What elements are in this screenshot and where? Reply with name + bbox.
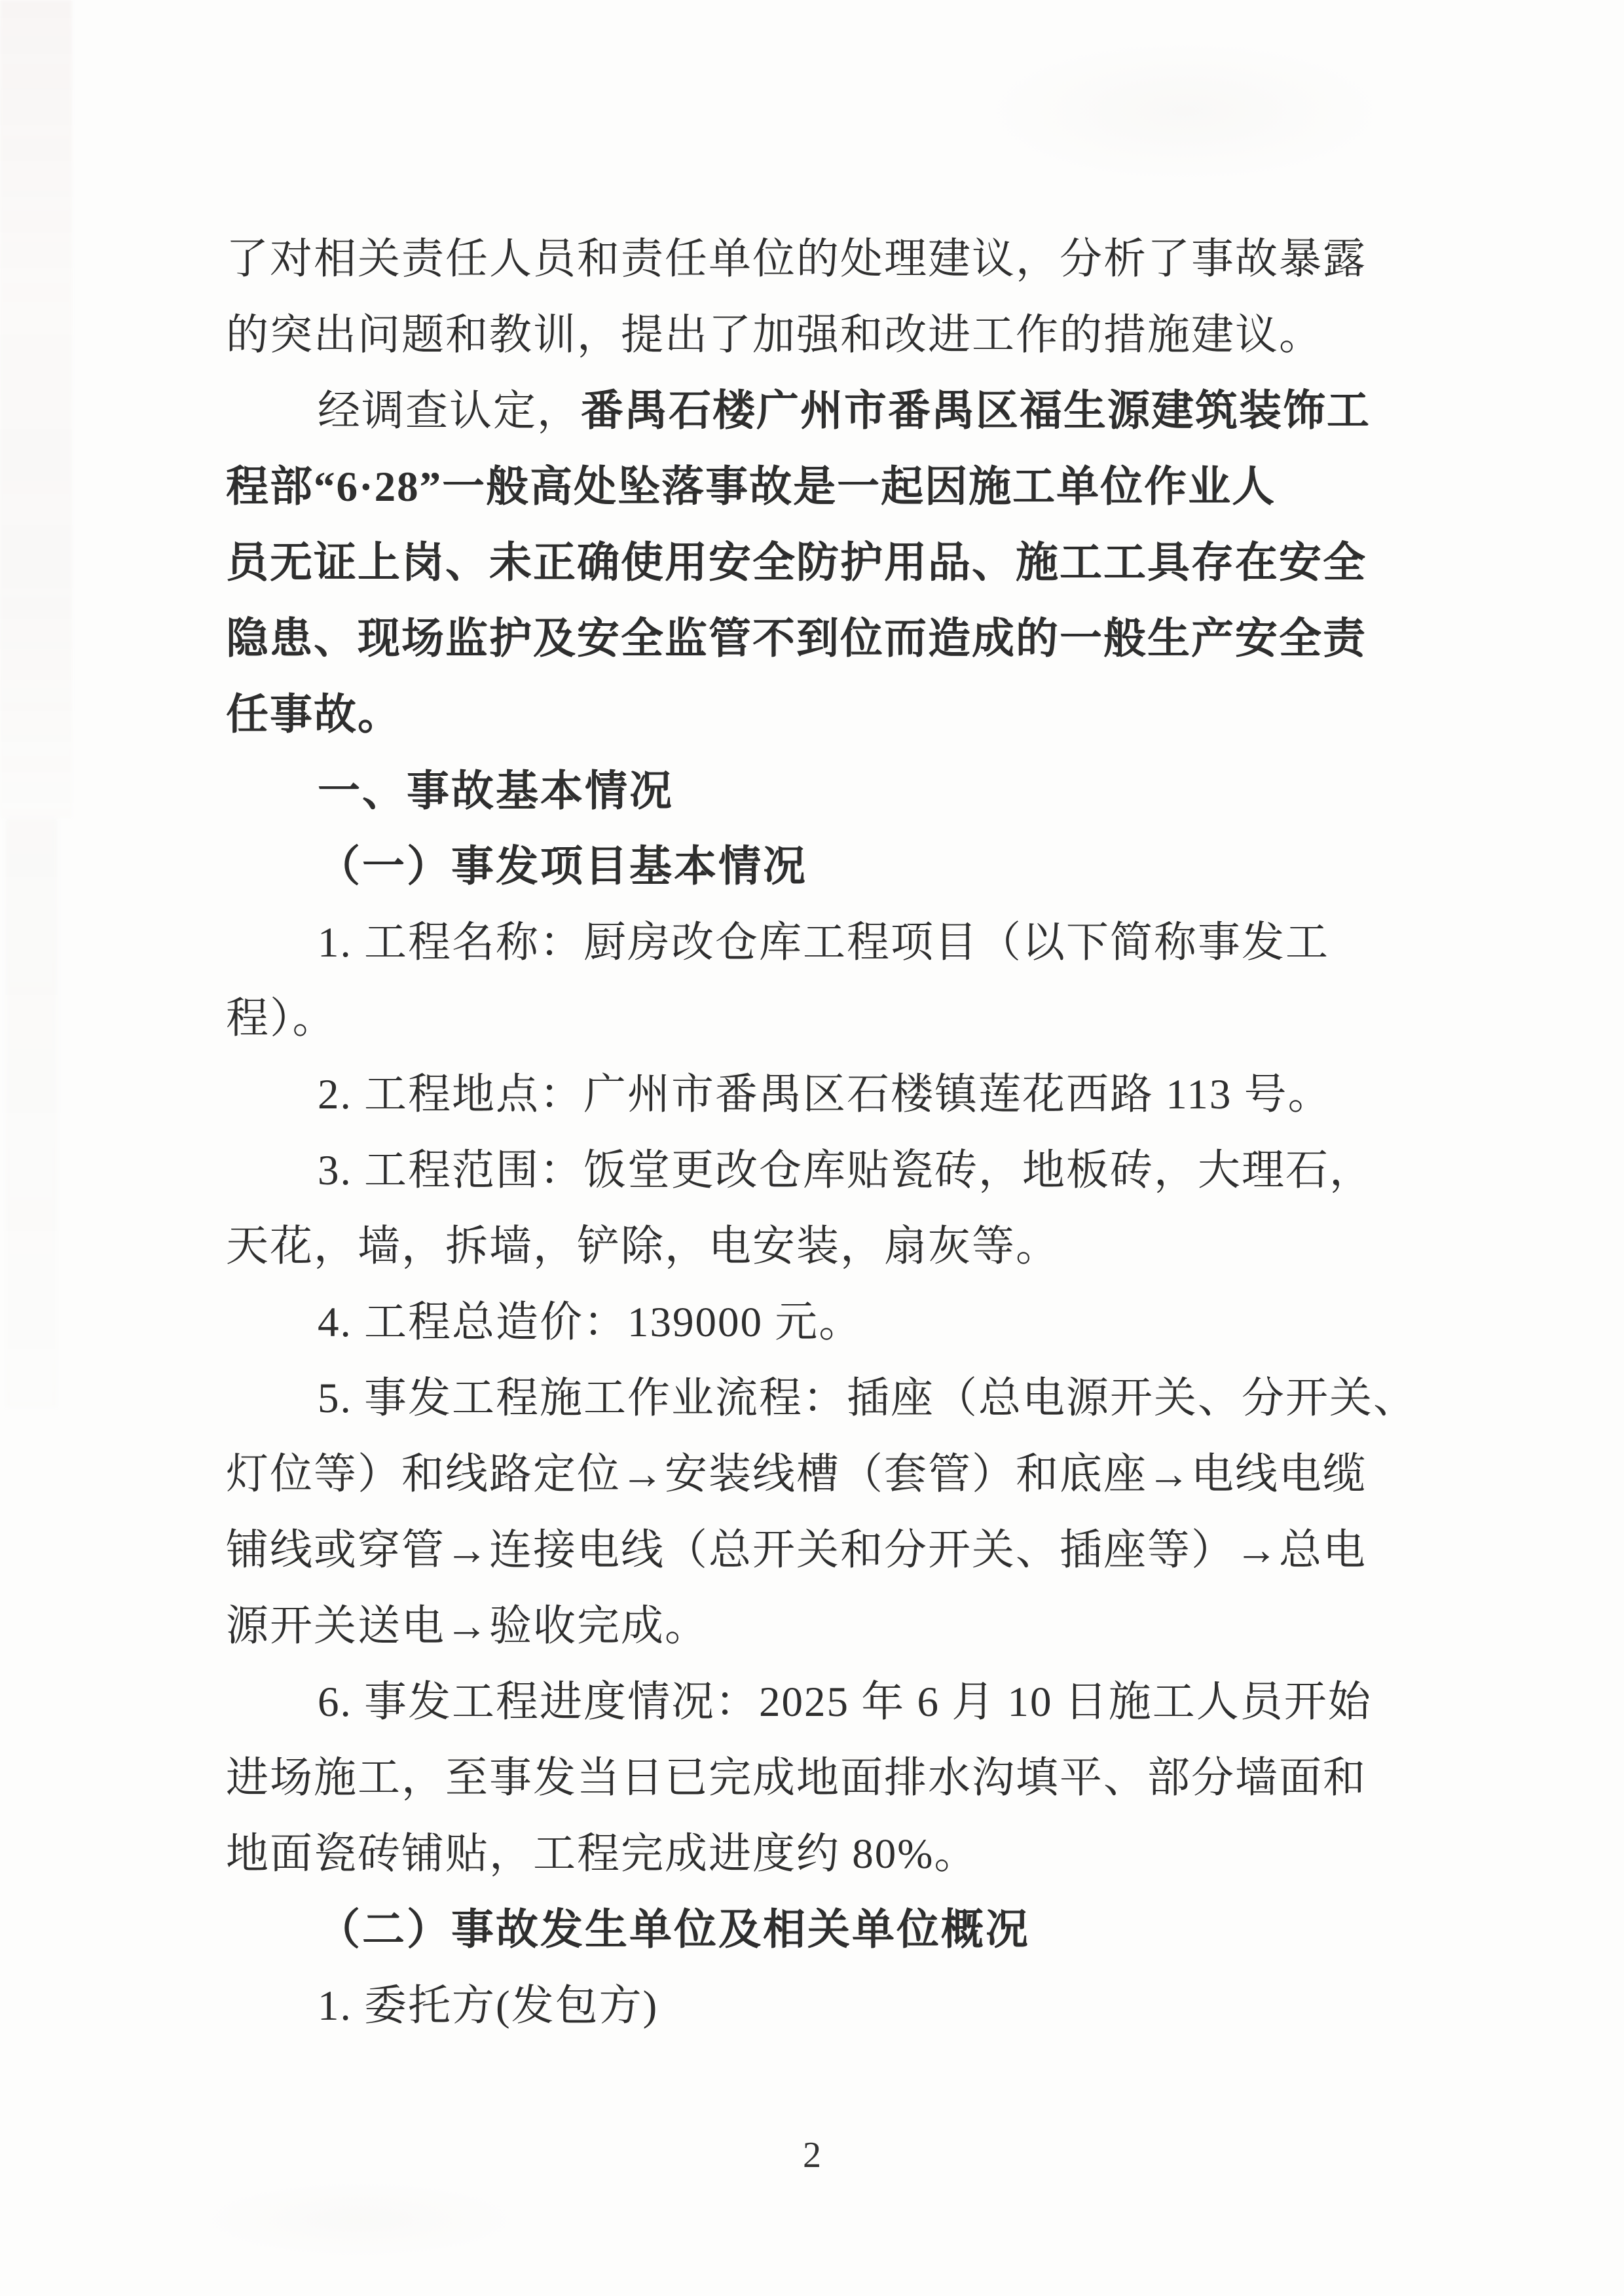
- project-cost-text: 4. 工程总造价：139000 元。: [318, 1299, 862, 1346]
- project-name-line-2: 程）。: [226, 981, 1382, 1057]
- subsection-1-1-heading: （一）事发项目基本情况: [226, 829, 1382, 905]
- client-item-line: 1. 委托方(发包方): [226, 1968, 1382, 2044]
- workflow-text-1: 5. 事发工程施工作业流程：插座（总电源开关、分开关、: [318, 1375, 1417, 1422]
- project-scope-line-1: 3. 工程范围：饭堂更改仓库贴瓷砖，地板砖，大理石，: [226, 1133, 1382, 1209]
- progress-line-2: 进场施工，至事发当日已完成地面排水沟填平、部分墙面和: [226, 1740, 1382, 1816]
- workflow-text-4: 源开关送电→验收完成。: [226, 1603, 709, 1650]
- document-text-block: 了对相关责任人员和责任单位的处理建议，分析了事故暴露 的突出问题和教训，提出了加…: [226, 221, 1382, 2044]
- progress-text-1: 6. 事发工程进度情况：2025 年 6 月 10 日施工人员开始: [318, 1679, 1372, 1726]
- workflow-line-4: 源开关送电→验收完成。: [226, 1588, 1382, 1664]
- finding-line-5-text: 任事故。: [226, 691, 401, 738]
- section-1-heading: 一、事故基本情况: [226, 753, 1382, 829]
- finding-line-3-text: 员无证上岗、未正确使用安全防护用品、施工工具存在安全: [226, 539, 1367, 587]
- finding-lead-text: 经调查认定，: [318, 388, 581, 435]
- finding-paragraph-line-2: 程部“6·28”一般高处坠落事故是一起因施工单位作业人: [226, 449, 1382, 525]
- scan-artifact-left-top: [0, 0, 72, 818]
- workflow-line-3: 铺线或穿管→连接电线（总开关和分开关、插座等）→总电: [226, 1512, 1382, 1588]
- finding-paragraph-line-3: 员无证上岗、未正确使用安全防护用品、施工工具存在安全: [226, 525, 1382, 601]
- project-scope-line-2: 天花，墙，拆墙，铲除，电安装，扇灰等。: [226, 1209, 1382, 1285]
- finding-line-2-text: 程部“6·28”一般高处坠落事故是一起因施工单位作业人: [226, 464, 1276, 511]
- project-scope-text-2: 天花，墙，拆墙，铲除，电安装，扇灰等。: [226, 1223, 1060, 1270]
- progress-line-3: 地面瓷砖铺贴，工程完成进度约 80%。: [226, 1816, 1382, 1892]
- continuation-line-1-text: 了对相关责任人员和责任单位的处理建议，分析了事故暴露: [226, 236, 1367, 283]
- finding-paragraph-line-5: 任事故。: [226, 677, 1382, 753]
- finding-line-4-text: 隐患、现场监护及安全监管不到位而造成的一般生产安全责: [226, 615, 1367, 663]
- project-location-line: 2. 工程地点：广州市番禺区石楼镇莲花西路 113 号。: [226, 1057, 1382, 1133]
- scan-artifact-left-mid: [5, 818, 58, 1408]
- subsection-1-2-heading: （二）事故发生单位及相关单位概况: [226, 1892, 1382, 1968]
- scan-artifact-top-right: [982, 39, 1388, 183]
- continuation-paragraph-line-2: 的突出问题和教训，提出了加强和改进工作的措施建议。: [226, 297, 1382, 373]
- subsection-1-1-heading-text: （一）事发项目基本情况: [318, 843, 807, 890]
- section-1-heading-text: 一、事故基本情况: [318, 767, 674, 814]
- client-item-text: 1. 委托方(发包方): [318, 1982, 658, 2030]
- progress-text-2: 进场施工，至事发当日已完成地面排水沟填平、部分墙面和: [226, 1755, 1367, 1802]
- finding-paragraph-line-1: 经调查认定，番禺石楼广州市番禺区福生源建筑装饰工: [226, 373, 1382, 449]
- progress-line-1: 6. 事发工程进度情况：2025 年 6 月 10 日施工人员开始: [226, 1664, 1382, 1740]
- workflow-line-2: 灯位等）和线路定位→安装线槽（套管）和底座→电线电缆: [226, 1436, 1382, 1512]
- page-number: 2: [0, 2129, 1624, 2181]
- scan-artifact-bottom: [196, 2180, 524, 2259]
- workflow-line-1: 5. 事发工程施工作业流程：插座（总电源开关、分开关、: [226, 1360, 1382, 1436]
- project-name-line-1: 1. 工程名称：厨房改仓库工程项目（以下简称事发工: [226, 905, 1382, 981]
- scanned-document-page: 了对相关责任人员和责任单位的处理建议，分析了事故暴露 的突出问题和教训，提出了加…: [0, 0, 1624, 2296]
- progress-text-3: 地面瓷砖铺贴，工程完成进度约 80%。: [226, 1831, 978, 1878]
- project-cost-line: 4. 工程总造价：139000 元。: [226, 1285, 1382, 1360]
- subsection-1-2-heading-text: （二）事故发生单位及相关单位概况: [318, 1906, 1030, 1954]
- project-name-text-2: 程）。: [226, 995, 337, 1042]
- project-name-text-1: 1. 工程名称：厨房改仓库工程项目（以下简称事发工: [318, 919, 1329, 966]
- finding-paragraph-line-4: 隐患、现场监护及安全监管不到位而造成的一般生产安全责: [226, 601, 1382, 677]
- finding-emphasis-text: 番禺石楼广州市番禺区福生源建筑装饰工: [581, 388, 1371, 435]
- project-scope-text-1: 3. 工程范围：饭堂更改仓库贴瓷砖，地板砖，大理石，: [318, 1147, 1373, 1194]
- continuation-paragraph-line-1: 了对相关责任人员和责任单位的处理建议，分析了事故暴露: [226, 221, 1382, 297]
- continuation-line-2-text: 的突出问题和教训，提出了加强和改进工作的措施建议。: [226, 312, 1323, 359]
- workflow-text-3: 铺线或穿管→连接电线（总开关和分开关、插座等）→总电: [226, 1527, 1367, 1574]
- project-location-text: 2. 工程地点：广州市番禺区石楼镇莲花西路 113 号。: [318, 1071, 1332, 1118]
- workflow-text-2: 灯位等）和线路定位→安装线槽（套管）和底座→电线电缆: [226, 1451, 1367, 1498]
